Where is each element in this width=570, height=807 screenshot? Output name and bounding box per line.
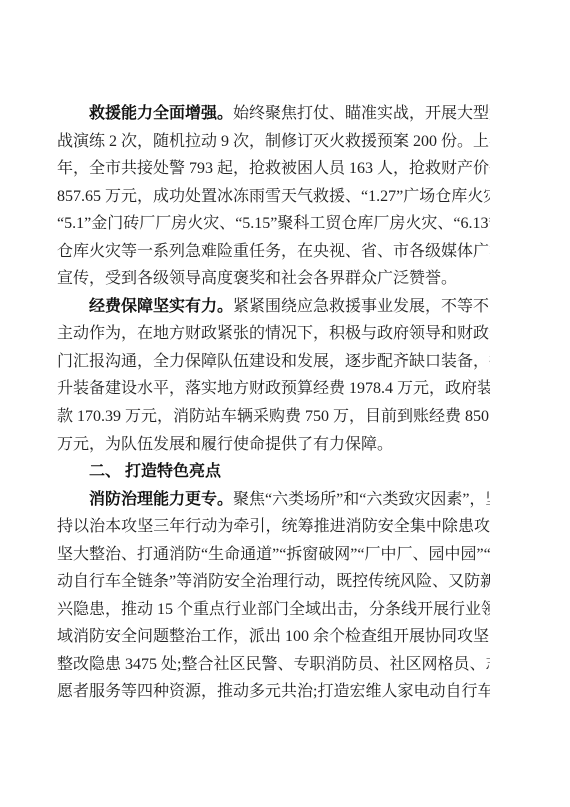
text-line: 战演练 2 次，随机拉动 9 次，制修订灭火救援预案 200 份。上半 — [57, 128, 490, 156]
line-text: 仓库火灾等一系列急难险重任务，在央视、省、市各级媒体广泛 — [57, 243, 490, 260]
text-line: 升装备建设水平，落实地方财政预算经费 1978.4 万元，政府装备 — [57, 375, 490, 403]
line-text: 消防治理能力更专。聚焦“六类场所”和“六类致灾因素”，坚 — [89, 491, 490, 508]
line-text: 经费保障坚实有力。紧紧围绕应急救援事业发展，不等不靠、 — [89, 298, 490, 315]
line-text: 主动作为，在地方财政紧张的情况下，积极与政府领导和财政部 — [57, 325, 490, 342]
text-line: 域消防安全问题整治工作，派出 100 余个检查组开展协同攻坚， — [57, 623, 490, 651]
line-text: 门汇报沟通，全力保障队伍建设和发展，逐步配齐缺口装备，提 — [57, 353, 490, 370]
text-line: 门汇报沟通，全力保障队伍建设和发展，逐步配齐缺口装备，提 — [57, 348, 490, 376]
text-line: 款 170.39 万元，消防站车辆采购费 750 万，目前到账经费 850.39 — [57, 403, 490, 431]
text-line: 消防治理能力更专。聚焦“六类场所”和“六类致灾因素”，坚 — [57, 486, 490, 514]
body-text: 仓库火灾等一系列急难险重任务，在央视、省、市各级媒体广泛 — [57, 243, 490, 260]
text-line: 主动作为，在地方财政紧张的情况下，积极与政府领导和财政部 — [57, 320, 490, 348]
text-line: 年，全市共接处警 793 起，抢救被困人员 163 人，抢救财产价值 — [57, 155, 490, 183]
line-text: 战演练 2 次，随机拉动 9 次，制修订灭火救援预案 200 份。上半 — [57, 133, 490, 150]
text-line: 救援能力全面增强。始终聚焦打仗、瞄准实战，开展大型实 — [57, 100, 490, 128]
body-text: 857.65 万元，成功处置冰冻雨雪天气救援、“1.27”广场仓库火灾、 — [57, 188, 490, 205]
line-text: 升装备建设水平，落实地方财政预算经费 1978.4 万元，政府装备 — [57, 380, 490, 397]
text-line: 愿者服务等四种资源，推动多元共治;打造宏维人家电动自行车 — [57, 678, 490, 706]
body-text: 紧紧围绕应急救援事业发展，不等不靠、 — [233, 298, 490, 315]
line-text: 持以治本攻坚三年行动为牵引，统筹推进消防安全集中除患攻 — [57, 518, 490, 535]
line-text: 万元，为队伍发展和履行使命提供了有力保障。 — [57, 436, 393, 453]
text-line: 经费保障坚实有力。紧紧围绕应急救援事业发展，不等不靠、 — [57, 293, 490, 321]
line-text: 域消防安全问题整治工作，派出 100 余个检查组开展协同攻坚， — [57, 628, 490, 645]
body-text: 始终聚焦打仗、瞄准实战，开展大型实 — [233, 105, 490, 122]
emphasis-text: 二、 打造特色亮点 — [89, 463, 221, 480]
line-text: “5.1”金门砖厂厂房火灾、“5.15”聚科工贸仓库厂房火灾、“6.13”废品 — [57, 215, 490, 232]
line-text: 857.65 万元，成功处置冰冻雨雪天气救援、“1.27”广场仓库火灾、 — [57, 188, 490, 205]
document-body: 救援能力全面增强。始终聚焦打仗、瞄准实战，开展大型实战演练 2 次，随机拉动 9… — [57, 100, 490, 706]
text-line: 宣传，受到各级领导高度褒奖和社会各界群众广泛赞誉。 — [57, 265, 490, 293]
emphasis-text: 消防治理能力更专。 — [89, 491, 233, 508]
body-text: 聚焦“六类场所”和“六类致灾因素”，坚 — [233, 491, 490, 508]
text-line: 动自行车全链条”等消防安全治理行动，既控传统风险、又防新 — [57, 568, 490, 596]
body-text: 升装备建设水平，落实地方财政预算经费 1978.4 万元，政府装备 — [57, 380, 490, 397]
text-line: 持以治本攻坚三年行动为牵引，统筹推进消防安全集中除患攻 — [57, 513, 490, 541]
body-text: 宣传，受到各级领导高度褒奖和社会各界群众广泛赞誉。 — [57, 270, 457, 287]
line-text: 救援能力全面增强。始终聚焦打仗、瞄准实战，开展大型实 — [89, 105, 490, 122]
body-text: 坚大整治、打通消防“生命通道”“拆窗破网”“厂中厂、园中园”“电 — [57, 546, 490, 563]
body-text: 年，全市共接处警 793 起，抢救被困人员 163 人，抢救财产价值 — [57, 160, 490, 177]
text-line: 兴隐患，推动 15 个重点行业部门全域出击，分条线开展行业领 — [57, 596, 490, 624]
line-text: 整改隐患 3475 处;整合社区民警、专职消防员、社区网格员、志 — [57, 656, 490, 673]
text-line: “5.1”金门砖厂厂房火灾、“5.15”聚科工贸仓库厂房火灾、“6.13”废品 — [57, 210, 490, 238]
body-text: 整改隐患 3475 处;整合社区民警、专职消防员、社区网格员、志 — [57, 656, 490, 673]
section-heading: 二、 打造特色亮点 — [57, 458, 490, 486]
text-line: 857.65 万元，成功处置冰冻雨雪天气救援、“1.27”广场仓库火灾、 — [57, 183, 490, 211]
line-text: 年，全市共接处警 793 起，抢救被困人员 163 人，抢救财产价值 — [57, 160, 490, 177]
line-text: 动自行车全链条”等消防安全治理行动，既控传统风险、又防新 — [57, 573, 490, 590]
body-text: 域消防安全问题整治工作，派出 100 余个检查组开展协同攻坚， — [57, 628, 490, 645]
line-text: 款 170.39 万元，消防站车辆采购费 750 万，目前到账经费 850.39 — [57, 408, 490, 425]
body-text: 兴隐患，推动 15 个重点行业部门全域出击，分条线开展行业领 — [57, 601, 490, 618]
text-line: 万元，为队伍发展和履行使命提供了有力保障。 — [57, 431, 490, 459]
document-page: 救援能力全面增强。始终聚焦打仗、瞄准实战，开展大型实战演练 2 次，随机拉动 9… — [0, 0, 570, 807]
body-text: 持以治本攻坚三年行动为牵引，统筹推进消防安全集中除患攻 — [57, 518, 490, 535]
body-text: 动自行车全链条”等消防安全治理行动，既控传统风险、又防新 — [57, 573, 490, 590]
line-text: 坚大整治、打通消防“生命通道”“拆窗破网”“厂中厂、园中园”“电 — [57, 546, 490, 563]
body-text: 万元，为队伍发展和履行使命提供了有力保障。 — [57, 436, 393, 453]
body-text: 战演练 2 次，随机拉动 9 次，制修订灭火救援预案 200 份。上半 — [57, 133, 490, 150]
text-line: 坚大整治、打通消防“生命通道”“拆窗破网”“厂中厂、园中园”“电 — [57, 541, 490, 569]
body-text: 门汇报沟通，全力保障队伍建设和发展，逐步配齐缺口装备，提 — [57, 353, 490, 370]
body-text: 愿者服务等四种资源，推动多元共治;打造宏维人家电动自行车 — [57, 683, 490, 700]
line-text: 宣传，受到各级领导高度褒奖和社会各界群众广泛赞誉。 — [57, 270, 457, 287]
emphasis-text: 经费保障坚实有力。 — [89, 298, 233, 315]
line-text: 愿者服务等四种资源，推动多元共治;打造宏维人家电动自行车 — [57, 683, 490, 700]
text-line: 整改隐患 3475 处;整合社区民警、专职消防员、社区网格员、志 — [57, 651, 490, 679]
body-text: 款 170.39 万元，消防站车辆采购费 750 万，目前到账经费 850.39 — [57, 408, 490, 425]
text-line: 仓库火灾等一系列急难险重任务，在央视、省、市各级媒体广泛 — [57, 238, 490, 266]
body-text: 主动作为，在地方财政紧张的情况下，积极与政府领导和财政部 — [57, 325, 490, 342]
emphasis-text: 救援能力全面增强。 — [89, 105, 233, 122]
line-text: 二、 打造特色亮点 — [89, 463, 221, 480]
line-text: 兴隐患，推动 15 个重点行业部门全域出击，分条线开展行业领 — [57, 601, 490, 618]
body-text: “5.1”金门砖厂厂房火灾、“5.15”聚科工贸仓库厂房火灾、“6.13”废品 — [57, 215, 490, 232]
